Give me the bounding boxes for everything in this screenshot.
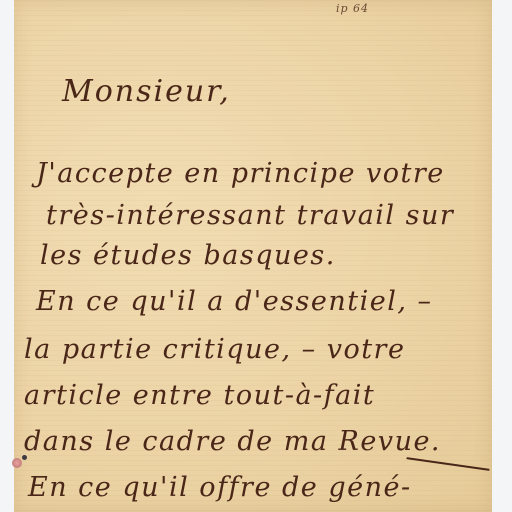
scanned-page: ip 64 Monsieur, J'accepte en principe vo…: [0, 0, 512, 512]
ink-dot: [22, 455, 27, 460]
letter-line-8: En ce qu'il offre de géné-: [28, 472, 412, 503]
letter-line-2: très-intéressant travail sur: [46, 200, 454, 231]
letter-line-7: dans le cadre de ma Revue.: [24, 426, 441, 457]
letter-line-6: article entre tout-à-fait: [24, 380, 375, 411]
ink-stain: [12, 458, 22, 468]
page-number: ip 64: [336, 2, 369, 15]
letter-line-1: J'accepte en principe votre: [36, 158, 445, 189]
letter-line-3: les études basques.: [40, 240, 336, 271]
letter-line-5: la partie critique, – votre: [24, 334, 405, 365]
salutation: Monsieur,: [62, 74, 231, 109]
letter-line-4: En ce qu'il a d'essentiel, –: [36, 286, 433, 317]
